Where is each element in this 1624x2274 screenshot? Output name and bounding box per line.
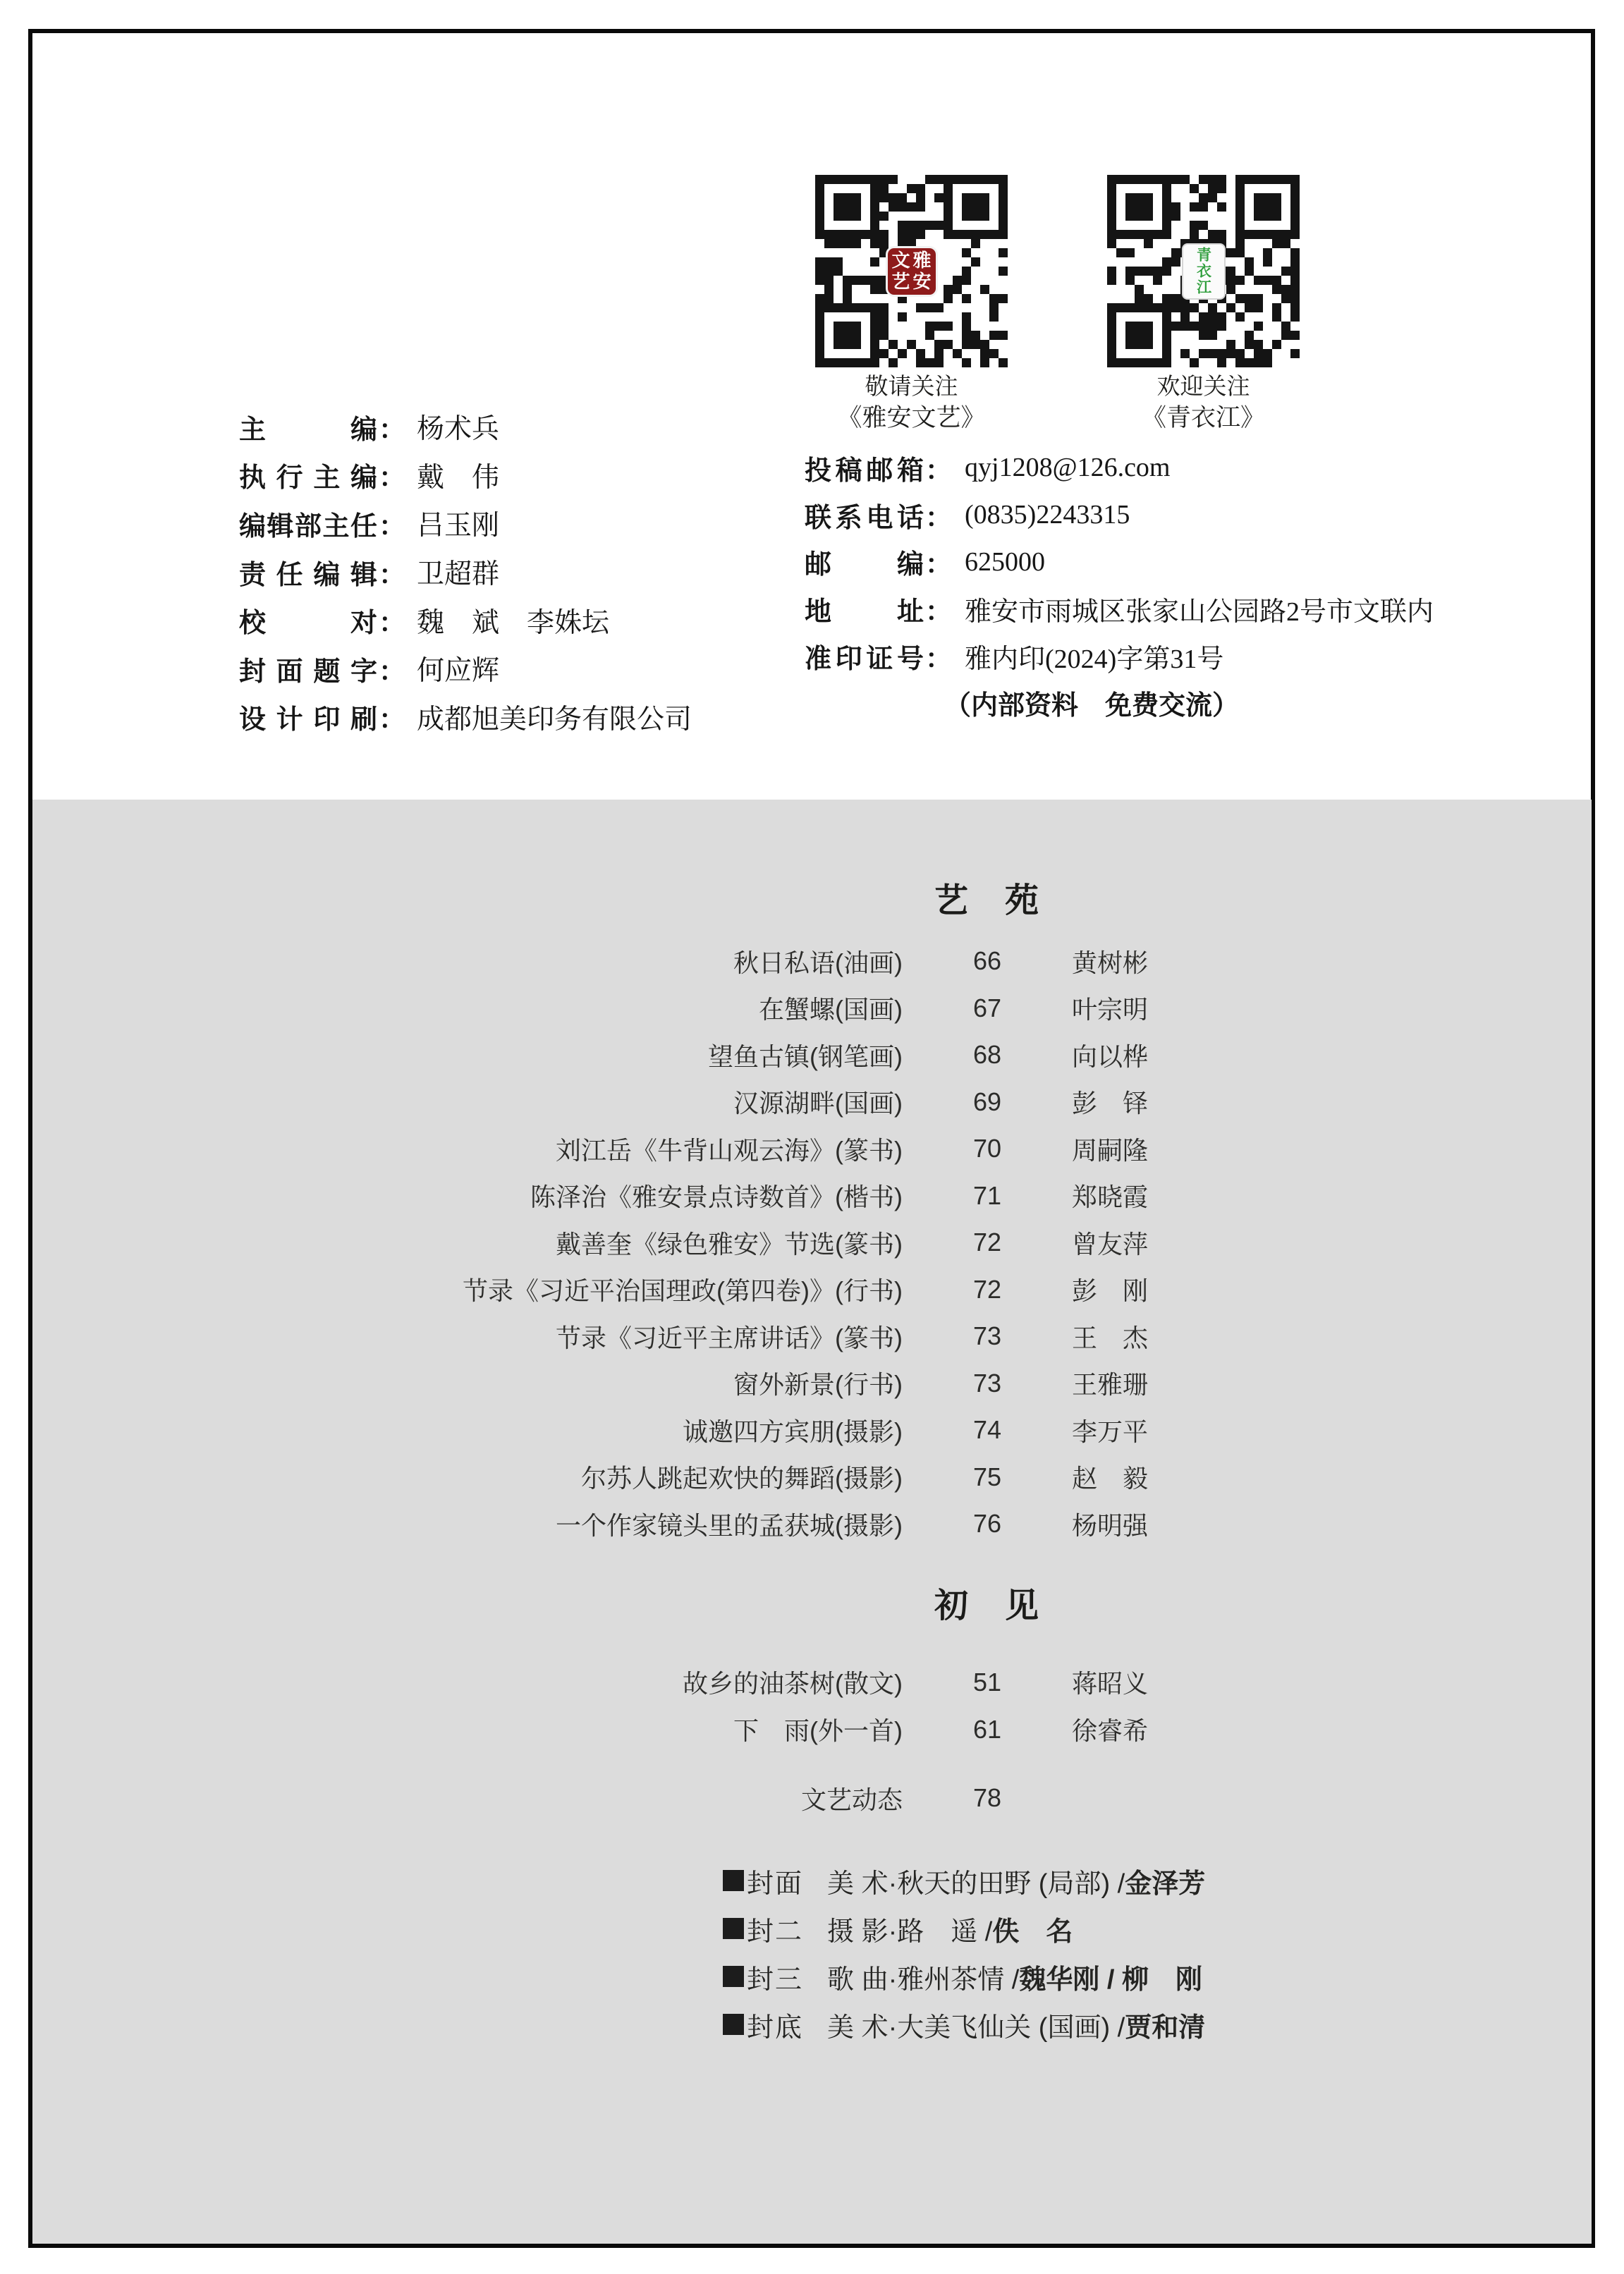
cover-work-text: 歌 曲·雅州茶情 / — [827, 1957, 1019, 1996]
toc-author: 郑晓霞 — [1072, 1173, 1148, 1220]
cover-label: 封三 — [747, 1957, 803, 1996]
qr-center-logo-qingyijiang: 青衣江 — [1182, 243, 1226, 300]
credit-row: 封面题字：何应辉 — [239, 644, 692, 693]
toc-author: 叶宗明 — [1072, 985, 1148, 1032]
toc-author: 彭 刚 — [1072, 1266, 1148, 1314]
toc-row: 在蟹螺(国画) 67 叶宗明 — [0, 985, 1624, 1032]
toc-page-number: 61 — [953, 1706, 1021, 1753]
toc-author: 赵 毅 — [1072, 1454, 1148, 1501]
cover-credit-row: 封底 美 术·大美飞仙关 (国画) / 贾和清 — [0, 2000, 1624, 2048]
cover-credit-row: 封面 美 术·秋天的田野 (局部) / 金泽芳 — [0, 1857, 1624, 1905]
toc-row: 节录《习近平治国理政(第四卷)》(行书) 72 彭 刚 — [0, 1266, 1624, 1314]
toc-author: 蒋昭义 — [1072, 1658, 1148, 1706]
toc-row: 一个作家镜头里的孟获城(摄影) 76 杨明强 — [0, 1500, 1624, 1548]
cover-credits-list: 封面 美 术·秋天的田野 (局部) / 金泽芳 封二 摄 影·路 遥 / 佚 名… — [0, 1857, 1624, 2048]
credit-value: 何应辉 — [407, 649, 499, 688]
contact-row: 邮编：625000 — [805, 539, 1434, 586]
toc-page-number: 75 — [953, 1454, 1021, 1501]
toc-row: 故乡的油茶树(散文) 51 蒋昭义 — [0, 1658, 1624, 1706]
contact-info: 投稿邮箱：qyj1208@126.com 联系电话：(0835)2243315 … — [805, 444, 1434, 680]
credit-value: 戴 伟 — [407, 456, 499, 495]
toc-page-number: 73 — [953, 1313, 1021, 1360]
toc-list-chujian: 故乡的油茶树(散文) 51 蒋昭义 下 雨(外一首) 61 徐睿希 — [0, 1658, 1624, 1753]
bullet-square-icon — [723, 1966, 744, 1987]
contact-value: (0835)2243315 — [953, 499, 1130, 530]
credit-value: 吕玉刚 — [407, 503, 499, 543]
credit-colon: ： — [379, 408, 405, 446]
qr-center-logo-yaan-wenyi: 文雅 艺安 — [886, 246, 938, 297]
credit-row: 主编：杨术兵 — [239, 403, 692, 451]
toc-title: 下 雨(外一首) — [733, 1706, 903, 1753]
toc-title: 在蟹螺(国画) — [759, 985, 903, 1032]
cover-label: 封底 — [747, 2005, 803, 2044]
toc-page-number: 67 — [953, 985, 1021, 1032]
credit-label: 执行主编 — [239, 456, 377, 494]
credit-colon: ： — [379, 649, 405, 688]
qr-caption-qingyijiang: 欢迎关注 《青衣江》 — [1072, 372, 1335, 434]
toc-author: 彭 铎 — [1072, 1079, 1148, 1126]
toc-page-number: 76 — [953, 1500, 1021, 1548]
toc-page-number: 72 — [953, 1266, 1021, 1314]
toc-title: 汉源湖畔(国画) — [733, 1079, 903, 1126]
contact-colon: ： — [925, 542, 952, 581]
toc-row: 下 雨(外一首) 61 徐睿希 — [0, 1706, 1624, 1753]
contact-value: 625000 — [953, 546, 1045, 577]
toc-page-number: 70 — [953, 1125, 1021, 1173]
contact-value: qyj1208@126.com — [953, 452, 1170, 483]
bullet-square-icon — [723, 2014, 744, 2035]
toc-row: 刘江岳《牛背山观云海》(篆书) 70 周嗣隆 — [0, 1125, 1624, 1173]
qr-caption-yaan-wenyi: 敬请关注 《雅安文艺》 — [780, 372, 1043, 434]
contact-label: 地址 — [805, 589, 924, 628]
toc-row: 望鱼古镇(钢笔画) 68 向以桦 — [0, 1032, 1624, 1079]
contact-row: 投稿邮箱：qyj1208@126.com — [805, 444, 1434, 491]
toc-list-misc: 文艺动态 78 — [0, 1775, 1624, 1821]
toc-title: 陈泽治《雅安景点诗数首》(楷书) — [530, 1173, 903, 1220]
toc-row: 尔苏人跳起欢快的舞蹈(摄影) 75 赵 毅 — [0, 1454, 1624, 1501]
cover-work-text: 美 术·大美飞仙关 (国画) / — [827, 2005, 1125, 2044]
toc-row: 戴善奎《绿色雅安》节选(篆书) 72 曾友萍 — [0, 1219, 1624, 1266]
qr-code-qingyijiang: 青衣江 — [1107, 175, 1300, 367]
toc-title: 秋日私语(油画) — [733, 938, 903, 985]
credit-row: 编辑部主任：吕玉刚 — [239, 499, 692, 548]
cover-label: 封面 — [747, 1862, 803, 1900]
toc-author: 曾友萍 — [1072, 1219, 1148, 1266]
toc-title: 窗外新景(行书) — [733, 1360, 903, 1407]
cover-credit-row: 封三 歌 曲·雅州茶情 / 魏华刚 / 柳 刚 — [0, 1952, 1624, 2000]
toc-row: 窗外新景(行书) 73 王雅珊 — [0, 1360, 1624, 1407]
cover-label: 封二 — [747, 1909, 803, 1948]
contact-label: 邮编 — [805, 542, 924, 581]
toc-author: 周嗣隆 — [1072, 1125, 1148, 1173]
qr-caption-line2: 《青衣江》 — [1072, 402, 1335, 434]
bullet-square-icon — [723, 1918, 744, 1939]
cover-credit-row: 封二 摄 影·路 遥 / 佚 名 — [0, 1905, 1624, 1952]
contact-row: 联系电话：(0835)2243315 — [805, 491, 1434, 539]
toc-title: 节录《习近平治国理政(第四卷)》(行书) — [463, 1266, 903, 1314]
toc-page-number: 66 — [953, 938, 1021, 985]
toc-title: 文艺动态 — [801, 1775, 903, 1821]
contact-label: 准印证号 — [805, 637, 924, 676]
section-heading-yiyuan: 艺 苑 — [776, 874, 1199, 928]
credit-label: 封面题字 — [239, 649, 377, 688]
toc-list-yiyuan: 秋日私语(油画) 66 黄树彬 在蟹螺(国画) 67 叶宗明 望鱼古镇(钢笔画)… — [0, 938, 1624, 1548]
toc-title: 戴善奎《绿色雅安》节选(篆书) — [556, 1219, 903, 1266]
toc-author: 徐睿希 — [1072, 1706, 1148, 1753]
toc-title: 节录《习近平主席讲话》(篆书) — [556, 1313, 903, 1360]
cover-work-text: 美 术·秋天的田野 (局部) / — [827, 1862, 1125, 1900]
toc-page-number: 72 — [953, 1219, 1021, 1266]
cover-artist-names: 佚 名 — [992, 1909, 1073, 1948]
toc-author: 向以桦 — [1072, 1032, 1148, 1079]
toc-page-number: 78 — [953, 1775, 1021, 1821]
toc-page-number: 69 — [953, 1079, 1021, 1126]
contact-colon: ： — [925, 589, 952, 628]
qr-caption-line2: 《雅安文艺》 — [780, 402, 1043, 434]
credit-row: 责任编辑：卫超群 — [239, 548, 692, 597]
qr-code-yaan-wenyi: 文雅 艺安 — [815, 175, 1008, 367]
contact-row: 准印证号：雅内印(2024)字第31号 — [805, 632, 1434, 680]
toc-title: 望鱼古镇(钢笔画) — [708, 1032, 903, 1079]
toc-author: 王 杰 — [1072, 1313, 1148, 1360]
contact-row: 地址：雅安市雨城区张家山公园路2号市文联内 — [805, 585, 1434, 632]
masthead-credits: 主编：杨术兵 执行主编：戴 伟 编辑部主任：吕玉刚 责任编辑：卫超群 校对：魏 … — [239, 403, 692, 741]
qr-caption-line1: 欢迎关注 — [1072, 372, 1335, 402]
credit-label: 主编 — [239, 408, 377, 446]
contact-value: 雅内印(2024)字第31号 — [953, 637, 1223, 676]
toc-author: 黄树彬 — [1072, 938, 1148, 985]
credit-colon: ： — [379, 697, 405, 736]
credit-value: 卫超群 — [407, 552, 499, 592]
credit-label: 设计印刷 — [239, 697, 377, 736]
contact-label: 投稿邮箱 — [805, 448, 924, 487]
credit-value: 杨术兵 — [407, 407, 499, 446]
credit-colon: ： — [379, 456, 405, 494]
toc-row: 文艺动态 78 — [0, 1775, 1624, 1821]
qr-caption-line1: 敬请关注 — [780, 372, 1043, 402]
section-heading-chujian: 初 见 — [776, 1579, 1199, 1633]
toc-row: 汉源湖畔(国画) 69 彭 铎 — [0, 1079, 1624, 1126]
credit-colon: ： — [379, 601, 405, 640]
credit-colon: ： — [379, 553, 405, 592]
qr-logo-text: 文雅 — [889, 250, 934, 271]
toc-page-number: 51 — [953, 1658, 1021, 1706]
toc-title: 刘江岳《牛背山观云海》(篆书) — [556, 1125, 903, 1173]
toc-title: 尔苏人跳起欢快的舞蹈(摄影) — [581, 1454, 903, 1501]
toc-row: 秋日私语(油画) 66 黄树彬 — [0, 938, 1624, 985]
toc-title: 诚邀四方宾朋(摄影) — [683, 1407, 903, 1454]
credit-colon: ： — [379, 504, 405, 543]
cover-artist-names: 贾和清 — [1125, 2005, 1205, 2044]
credit-value: 成都旭美印务有限公司 — [407, 697, 692, 737]
credit-value: 魏 斌 李姝坛 — [407, 601, 609, 640]
toc-author: 李万平 — [1072, 1407, 1148, 1454]
toc-page-number: 71 — [953, 1173, 1021, 1220]
magazine-colophon-page: 文雅 艺安 敬请关注 《雅安文艺》 青衣江 欢迎关注 《青衣江》 主编：杨术兵 … — [0, 0, 1624, 2274]
credit-label: 责任编辑 — [239, 553, 377, 592]
qr-logo-text: 青衣江 — [1193, 247, 1214, 295]
contact-value: 雅安市雨城区张家山公园路2号市文联内 — [953, 589, 1434, 628]
toc-page-number: 74 — [953, 1407, 1021, 1454]
internal-material-note: （内部资料 免费交流） — [944, 679, 1239, 726]
toc-title: 故乡的油茶树(散文) — [683, 1658, 903, 1706]
toc-row: 陈泽治《雅安景点诗数首》(楷书) 71 郑晓霞 — [0, 1173, 1624, 1220]
bullet-square-icon — [723, 1870, 744, 1891]
toc-author: 王雅珊 — [1072, 1360, 1148, 1407]
contact-colon: ： — [925, 448, 952, 487]
cover-work-text: 摄 影·路 遥 / — [827, 1909, 992, 1948]
contact-colon: ： — [925, 496, 952, 534]
contact-colon: ： — [925, 637, 952, 676]
cover-artist-names: 金泽芳 — [1125, 1862, 1205, 1900]
toc-page-number: 68 — [953, 1032, 1021, 1079]
toc-author: 杨明强 — [1072, 1500, 1148, 1548]
toc-row: 节录《习近平主席讲话》(篆书) 73 王 杰 — [0, 1313, 1624, 1360]
contact-label: 联系电话 — [805, 496, 924, 534]
toc-page-number: 73 — [953, 1360, 1021, 1407]
credit-label: 校对 — [239, 601, 377, 640]
credit-row: 设计印刷：成都旭美印务有限公司 — [239, 693, 692, 742]
credit-row: 校对：魏 斌 李姝坛 — [239, 596, 692, 644]
credit-row: 执行主编：戴 伟 — [239, 451, 692, 500]
toc-title: 一个作家镜头里的孟获城(摄影) — [556, 1500, 903, 1548]
qr-logo-text: 艺安 — [889, 271, 934, 293]
cover-artist-names: 魏华刚 / 柳 刚 — [1019, 1957, 1202, 1996]
credit-label: 编辑部主任 — [239, 504, 377, 543]
toc-row: 诚邀四方宾朋(摄影) 74 李万平 — [0, 1407, 1624, 1454]
